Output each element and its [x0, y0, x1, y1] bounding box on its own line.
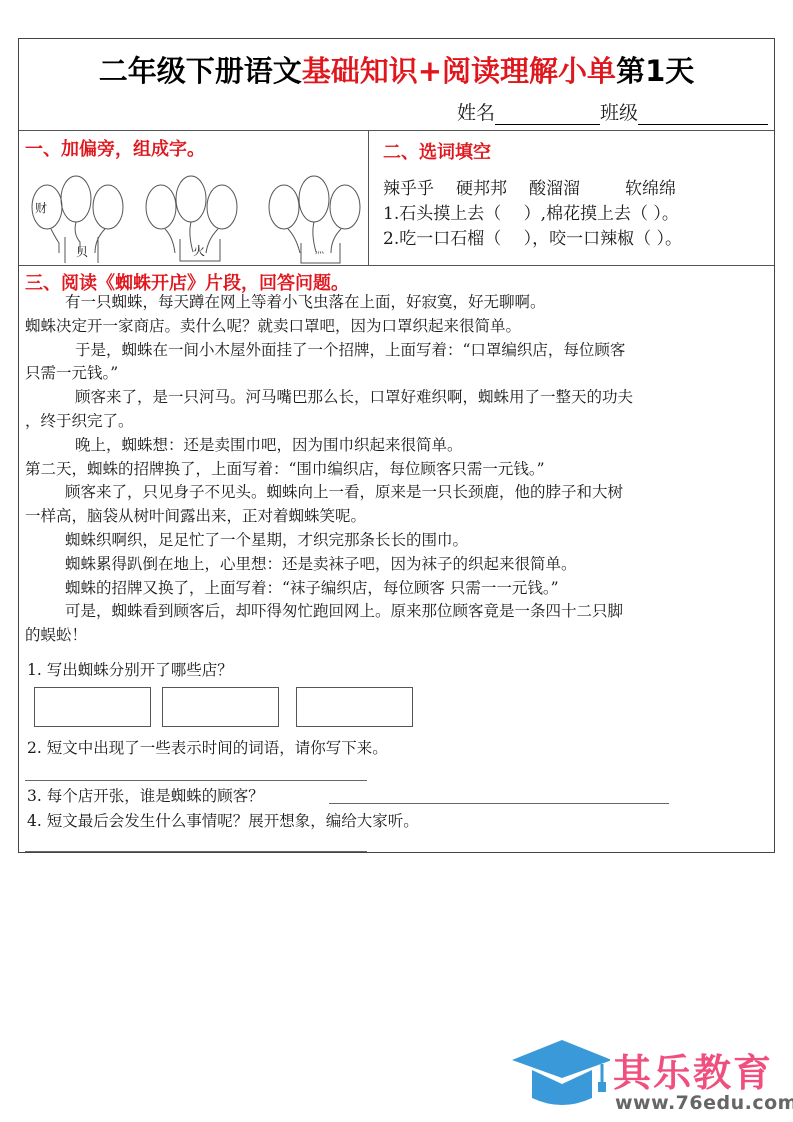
- section1-heading: 一、加偏旁，组成字。: [25, 135, 205, 161]
- question-4: 4. 短文最后会发生什么事情呢？展开想象，编给大家听。: [27, 809, 419, 831]
- divider: [19, 265, 774, 266]
- worksheet: 二年级下册语文基础知识+阅读理解小单第1天 姓名班级 一、加偏旁，组成字。 财 …: [18, 38, 775, 853]
- answer-box-1[interactable]: [34, 687, 151, 727]
- fill-question-2: 2.吃一口石榴（ ），咬一口辣椒（ ）。: [383, 227, 698, 252]
- answer-box-2[interactable]: [162, 687, 279, 727]
- radical-label: 灬: [315, 243, 324, 256]
- question-1: 1. 写出蜘蛛分别开了哪些店？: [27, 658, 233, 680]
- word-bank: 辣乎乎硬邦邦酸溜溜软绵绵: [383, 177, 698, 202]
- answer-line-2[interactable]: [25, 780, 367, 781]
- name-class-row: 姓名班级: [457, 98, 768, 125]
- divider: [19, 130, 774, 131]
- balloons-illustration: [19, 169, 364, 265]
- fill-in-section: 辣乎乎硬邦邦酸溜溜软绵绵 1.石头摸上去（ ）,棉花摸上去（ ）。 2.吃一口石…: [383, 177, 698, 252]
- section2-heading: 二、选词填空: [383, 138, 491, 164]
- class-field[interactable]: [638, 104, 768, 125]
- name-field[interactable]: [495, 104, 600, 125]
- question-3: 3. 每个店开张，谁是蜘蛛的顾客？: [27, 784, 264, 806]
- answer-line-4[interactable]: [25, 851, 367, 852]
- answer-box-3[interactable]: [296, 687, 413, 727]
- name-label: 姓名: [457, 102, 495, 124]
- radical-label: 火: [193, 242, 205, 259]
- watermark-logo: 其乐教育 www.76edu.com: [510, 1040, 790, 1120]
- class-label: 班级: [600, 102, 638, 124]
- balloon-example-char: 财: [35, 199, 47, 216]
- answer-line-3[interactable]: [329, 803, 669, 804]
- radical-label: 贝: [76, 243, 88, 260]
- column-divider: [368, 130, 369, 265]
- question-2: 2. 短文中出现了一些表示时间的词语，请你写下来。: [27, 736, 388, 758]
- page-title: 二年级下册语文基础知识+阅读理解小单第1天: [19, 49, 774, 90]
- reading-passage: 有一只蜘蛛，每天蹲在网上等着小飞虫落在上面，好寂寞，好无聊啊。 蜘蛛决定开一家商…: [25, 291, 770, 648]
- brand-url: www.76edu.com: [615, 1092, 793, 1114]
- fill-question-1: 1.石头摸上去（ ）,棉花摸上去（ ）。: [383, 202, 698, 227]
- brand-name: 其乐教育: [613, 1042, 773, 1097]
- graduation-cap-icon: [510, 1040, 610, 1112]
